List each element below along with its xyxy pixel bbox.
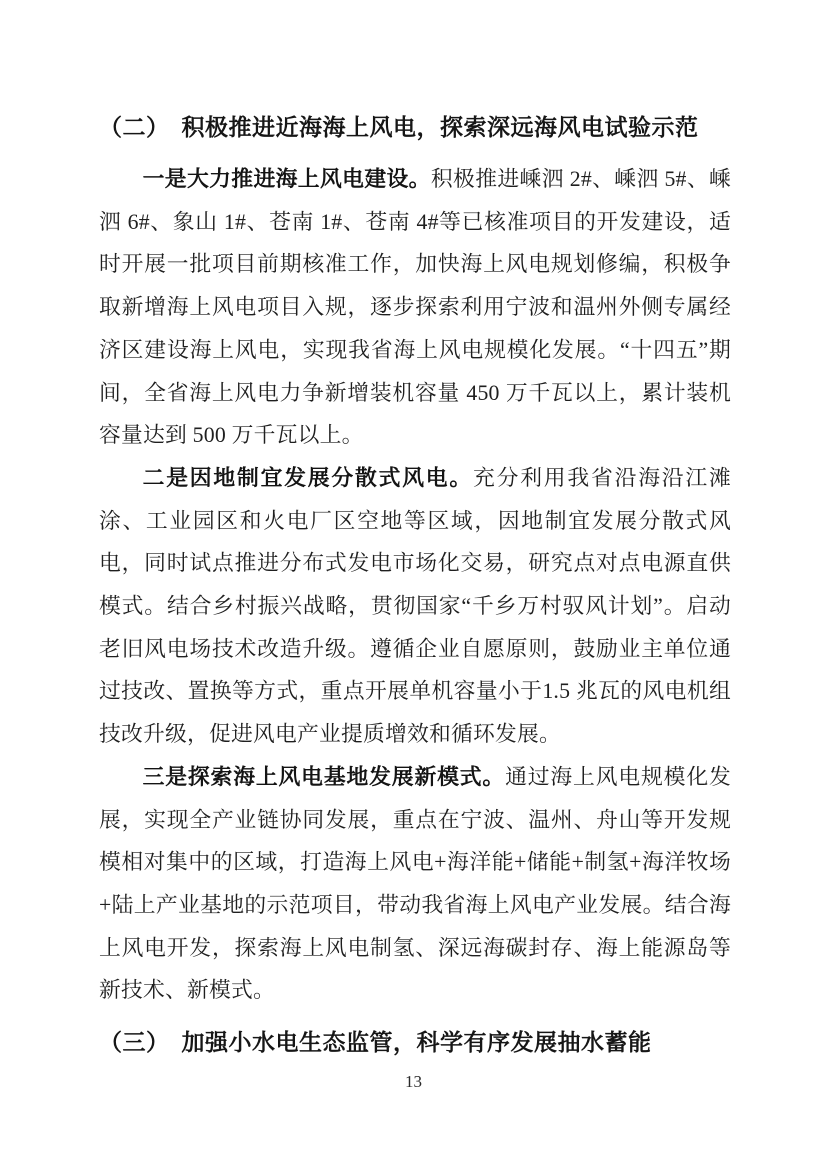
document-content: （二） 积极推进近海海上风电，探索深远海风电试验示范 一是大力推进海上风电建设。… [99, 105, 731, 1066]
paragraph-2-text: 充分利用我省沿海沿江滩涂、工业园区和火电厂区空地等区域，因地制宜发展分散式风电，… [99, 466, 731, 746]
document-page: （二） 积极推进近海海上风电，探索深远海风电试验示范 一是大力推进海上风电建设。… [0, 0, 827, 1169]
paragraph-offshore-wind-construction: 一是大力推进海上风电建设。积极推进嵊泗 2#、嵊泗 5#、嵊泗 6#、象山 1#… [99, 158, 731, 457]
paragraph-distributed-wind: 二是因地制宜发展分散式风电。充分利用我省沿海沿江滩涂、工业园区和火电厂区空地等区… [99, 457, 731, 756]
paragraph-1-lead: 一是大力推进海上风电建设。 [143, 167, 431, 191]
paragraph-3-text: 通过海上风电规模化发展，实现全产业链协同发展，重点在宁波、温州、舟山等开发规模相… [99, 765, 731, 1003]
paragraph-3-lead: 三是探索海上风电基地发展新模式。 [143, 765, 506, 789]
section-heading-3: （三） 加强小水电生态监管，科学有序发展抽水蓄能 [99, 1020, 731, 1066]
paragraph-2-lead: 二是因地制宜发展分散式风电。 [143, 466, 473, 490]
paragraph-offshore-wind-base-model: 三是探索海上风电基地发展新模式。通过海上风电规模化发展，实现全产业链协同发展，重… [99, 756, 731, 1012]
paragraph-1-text: 积极推进嵊泗 2#、嵊泗 5#、嵊泗 6#、象山 1#、苍南 1#、苍南 4#等… [99, 167, 731, 447]
page-number: 13 [0, 1072, 827, 1092]
section-heading-2: （二） 积极推进近海海上风电，探索深远海风电试验示范 [99, 105, 731, 151]
